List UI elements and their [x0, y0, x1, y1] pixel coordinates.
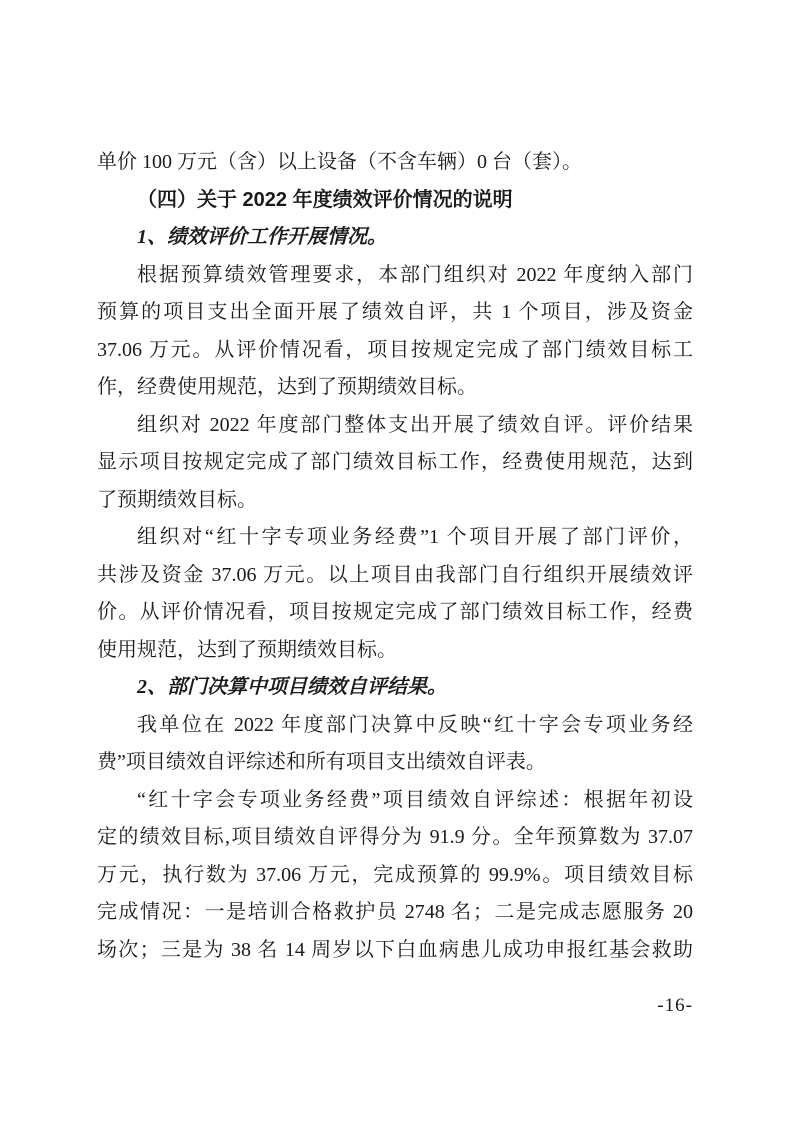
para-self-evaluation-summary: “红十字会专项业务经费”项目绩效自评综述：根据年初设定的绩效目标,项目绩效自评得…	[97, 782, 693, 970]
text-line: 1、绩效评价工作开展情况。	[97, 219, 693, 257]
document-page: 单价 100 万元（含）以上设备（不含车辆）0 台（套）。（四）关于 2022 …	[0, 0, 793, 1122]
text-line: 预算的项目支出全面开展了绩效自评，共 1 个项目，涉及资金	[97, 294, 693, 332]
text-line: 共涉及资金 37.06 万元。以上项目由我部门自行组织开展绩效评	[97, 557, 693, 595]
page-number: -16-	[97, 991, 693, 1021]
subsection-heading-1: 1、绩效评价工作开展情况。	[97, 219, 693, 257]
para-department-evaluation: 组织对“红十字专项业务经费”1 个项目开展了部门评价，共涉及资金 37.06 万…	[97, 519, 693, 669]
text-line: 完成情况：一是培训合格救护员 2748 名；二是完成志愿服务 20	[97, 894, 693, 932]
section-heading-4: （四）关于 2022 年度绩效评价情况的说明	[97, 182, 693, 220]
para-equipment-continuation: 单价 100 万元（含）以上设备（不含车辆）0 台（套）。	[97, 144, 693, 182]
text-line: 作，经费使用规范，达到了预期绩效目标。	[97, 369, 693, 407]
text-line: 单价 100 万元（含）以上设备（不含车辆）0 台（套）。	[97, 144, 693, 182]
text-line: 万元，执行数为 37.06 万元，完成预算的 99.9%。项目绩效目标	[97, 857, 693, 895]
text-line: 我单位在 2022 年度部门决算中反映“红十字会专项业务经	[97, 707, 693, 745]
subsection-heading-2: 2、部门决算中项目绩效自评结果。	[97, 669, 693, 707]
text-line: （四）关于 2022 年度绩效评价情况的说明	[97, 182, 693, 220]
text-line: 了预期绩效目标。	[97, 482, 693, 520]
text-line: 显示项目按规定完成了部门绩效目标工作，经费使用规范，达到	[97, 444, 693, 482]
document-content: 单价 100 万元（含）以上设备（不含车辆）0 台（套）。（四）关于 2022 …	[97, 144, 693, 969]
text-line: 组织对 2022 年度部门整体支出开展了绩效自评。评价结果	[97, 407, 693, 445]
text-line: 根据预算绩效管理要求，本部门组织对 2022 年度纳入部门	[97, 257, 693, 295]
text-line: “红十字会专项业务经费”项目绩效自评综述：根据年初设	[97, 782, 693, 820]
text-line: 使用规范，达到了预期绩效目标。	[97, 632, 693, 670]
text-line: 定的绩效目标,项目绩效自评得分为 91.9 分。全年预算数为 37.07	[97, 819, 693, 857]
text-line: 费”项目绩效自评综述和所有项目支出绩效自评表。	[97, 744, 693, 782]
text-line: 场次；三是为 38 名 14 周岁以下白血病患儿成功申报红基会救助	[97, 932, 693, 970]
para-overall-expenditure: 组织对 2022 年度部门整体支出开展了绩效自评。评价结果显示项目按规定完成了部…	[97, 407, 693, 520]
para-final-accounts: 我单位在 2022 年度部门决算中反映“红十字会专项业务经费”项目绩效自评综述和…	[97, 707, 693, 782]
text-line: 2、部门决算中项目绩效自评结果。	[97, 669, 693, 707]
text-line: 37.06 万元。从评价情况看，项目按规定完成了部门绩效目标工	[97, 332, 693, 370]
text-line: 价。从评价情况看，项目按规定完成了部门绩效目标工作，经费	[97, 594, 693, 632]
text-line: 组织对“红十字专项业务经费”1 个项目开展了部门评价，	[97, 519, 693, 557]
para-self-evaluation: 根据预算绩效管理要求，本部门组织对 2022 年度纳入部门预算的项目支出全面开展…	[97, 257, 693, 407]
